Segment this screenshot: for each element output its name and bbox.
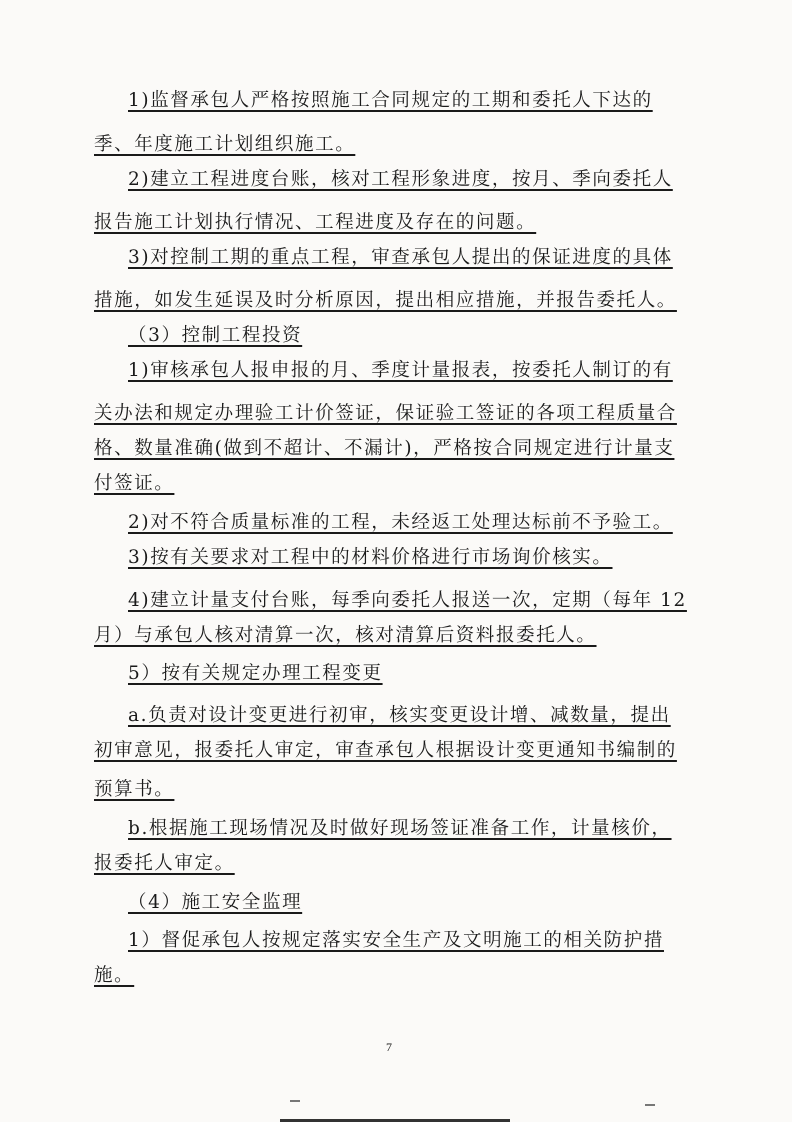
text-line: （4）施工安全监理 xyxy=(128,892,302,914)
text-line: 1)审核承包人报申报的月、季度计量报表，按委托人制订的有 xyxy=(128,360,673,382)
text-line: b.根据施工现场情况及时做好现场签证准备工作，计量核价， xyxy=(128,818,672,840)
text-line: 3)对控制工期的重点工程，审查承包人提出的保证进度的具体 xyxy=(128,247,673,269)
text-line: 3)按有关要求对工程中的材料价格进行市场询价核实。 xyxy=(128,547,613,569)
text-line: 格、数量准确(做到不超计、不漏计)，严格按合同规定进行计量支 xyxy=(94,438,674,460)
document-page: 1)监督承包人严格按照施工合同规定的工期和委托人下达的季、年度施工计划组织施工。… xyxy=(0,0,792,1122)
page-number: 7 xyxy=(386,1040,392,1055)
text-line: 5）按有关规定办理工程变更 xyxy=(128,663,383,685)
text-line: 初审意见，报委托人审定，审查承包人根据设计变更通知书编制的 xyxy=(94,740,677,762)
text-line: 2)建立工程进度台账，核对工程形象进度，按月、季向委托人 xyxy=(128,169,673,191)
scan-mark xyxy=(645,1104,655,1106)
text-line: 预算书。 xyxy=(94,779,174,801)
scan-mark xyxy=(290,1100,300,1102)
text-line: 关办法和规定办理验工计价签证，保证验工签证的各项工程质量合 xyxy=(94,403,677,425)
text-line: （3）控制工程投资 xyxy=(128,325,302,347)
text-line: 报告施工计划执行情况、工程进度及存在的问题。 xyxy=(94,212,536,234)
text-line: 季、年度施工计划组织施工。 xyxy=(94,134,355,156)
text-line: 月）与承包人核对清算一次，核对清算后资料报委托人。 xyxy=(94,625,597,647)
text-line: 措施，如发生延误及时分析原因，提出相应措施，并报告委托人。 xyxy=(94,290,677,312)
text-line: 施。 xyxy=(94,965,134,987)
text-line: 报委托人审定。 xyxy=(94,853,235,875)
text-line: 2)对不符合质量标准的工程，未经返工处理达标前不予验工。 xyxy=(128,512,673,534)
text-line: 4)建立计量支付台账，每季向委托人报送一次，定期（每年 12 xyxy=(128,590,687,612)
text-line: 付签证。 xyxy=(94,473,174,495)
text-line: 1）督促承包人按规定落实安全生产及文明施工的相关防护措 xyxy=(128,930,664,952)
text-line: 1)监督承包人严格按照施工合同规定的工期和委托人下达的 xyxy=(128,90,653,112)
text-line: a.负责对设计变更进行初审，核实变更设计增、减数量，提出 xyxy=(128,705,671,727)
